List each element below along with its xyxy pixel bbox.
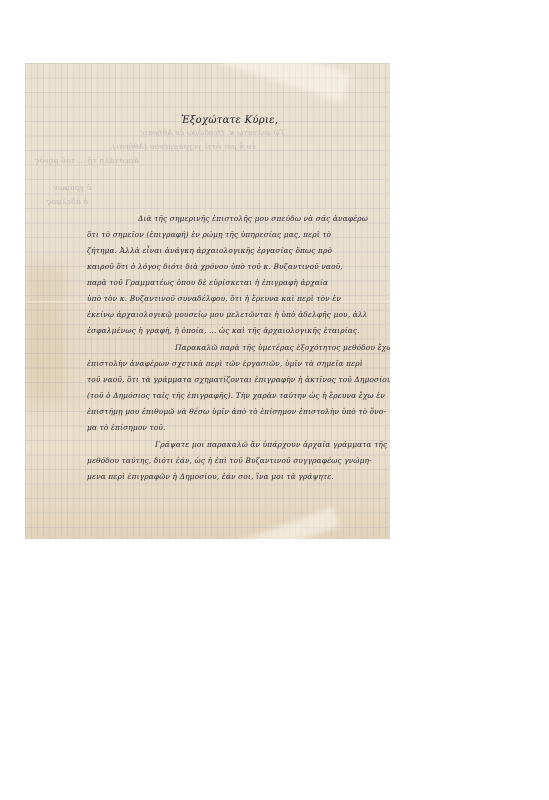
letter-line: ἐπιστήμῃ μου ἐπιθυμῶ νὰ θέσω ὑμῖν ἀπὸ τὸ… [87,406,386,418]
letter-line: παρὰ τοῦ Γραμματέως ὁπου δὲ εὑρίσκεται ἡ… [87,277,328,289]
letter-line: ὅτι τὸ σημεῖον (ἐπιγραφή) ἐν ρώμῃ τῆς ὑπ… [87,229,331,241]
letter-line: Γράψατε μοι παρακαλῶ ἂν ὑπάρχουν ἀρχαῖα … [155,439,387,451]
letter-line: ἐκείνῳ ἀρχαιολογικῷ μουσείῳ μου μελετῶντ… [87,309,368,321]
bleed-through-text: Τῷ φιλτάτῳ κ. Θεοδώρῳ ἐν Ἀθήναις [140,128,285,137]
letter-line: καιροῦ ὅτι ὁ λόγος διότι διὰ χρόνου ὑπὸ … [87,261,343,273]
letter-page: Τῷ φιλτάτῳ κ. Θεοδώρῳ ἐν Ἀθήναις ἐν ᾗ μο… [25,63,390,539]
letter-line: (τοῦ ὁ Δημόσιος ταῖς τῆς ἐπιγραφῆς). Τὴν… [87,390,385,402]
bleed-through-text: ὁ ἀδελφός [47,197,88,206]
letter-line: Παρακαλῶ παρὰ τῆς ὑμετέρας ἐξοχότητος με… [175,342,390,354]
salutation: Ἐξοχώτατε Κύριε, [181,115,278,126]
bleed-through-text: ὁ γράφων [53,183,91,192]
paper-stain [25,263,65,403]
letter-line: μα τὸ ἐπίσημον τοῦ. [87,422,166,434]
letter-line: ζήτημα. Ἀλλὰ εἶναι ἀνάγκη ἀρχαιολογικῆς … [87,245,332,257]
bleed-through-text: ἀπεστάλη τῇ ... τοῦ μηνὸς [35,156,139,165]
letter-line: τοῦ ναοῦ, ὅτι τὰ γράμματα σχηματίζονται … [87,374,390,386]
letter-line: μεθόδου ταύτης, διότι ἐάν, ὡς ἡ ἐπὶ τοῦ … [87,455,372,467]
bleed-through-text: ἐν ᾗ μοι ἐστὶ γεγραμμένον (Ἀθῆναι), [110,142,256,151]
letter-line: ἐσφαλμένως ἡ γραφὴ, ἡ ὁποία, ... ὡς καὶ … [87,325,360,337]
letter-line: Διὰ τῆς σημερινῆς ἐπιστολῆς μου σπεύδω ν… [138,213,368,225]
letter-line: ὑπὸ τὸν κ. Βυζαντινοῦ συναδέλφου, ὅτι ἡ … [87,293,341,305]
letter-line: ἐπιστολὴν ἀναφέρων σχετικὰ περὶ τῶν ἐργα… [87,358,363,370]
letter-line: μενα περὶ ἐπιγραφῶν ἡ Δημοσίου, ἐάν σοι,… [87,471,334,483]
